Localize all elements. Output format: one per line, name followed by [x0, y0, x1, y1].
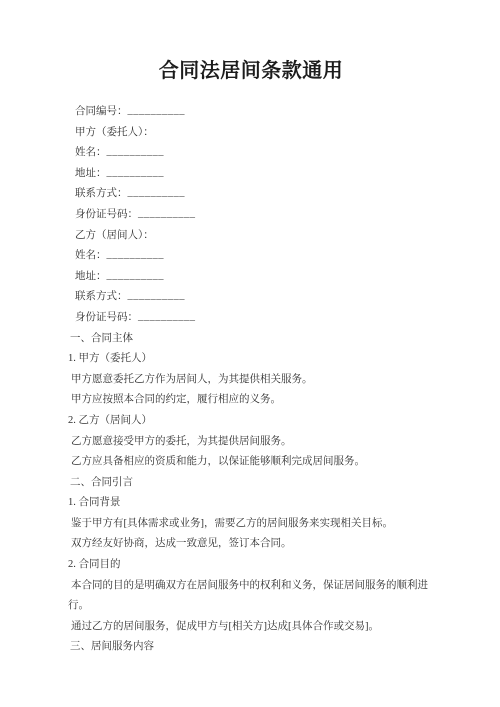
- blank-underline: __________: [107, 163, 165, 184]
- party-a-name-field: 姓名：__________: [68, 143, 434, 164]
- field-label: 合同编号：: [75, 106, 128, 117]
- blank-underline: __________: [128, 101, 186, 122]
- header-fields: 合同编号：__________ 甲方（委托人）： 姓名：__________ 地…: [68, 102, 434, 329]
- section-2-heading: 二、合同引言: [68, 473, 434, 494]
- clause-1-2-para-2: 乙方应具备相应的资质和能力，以保证能够顺利完成居间服务。: [68, 452, 434, 473]
- field-label: 联系方式：: [75, 291, 128, 302]
- clause-1-2-para-1: 乙方愿意接受甲方的委托，为其提供居间服务。: [68, 432, 434, 453]
- blank-underline: __________: [107, 142, 165, 163]
- clause-2-1-heading: 1. 合同背景: [68, 493, 434, 514]
- clause-2-1-para-1: 鉴于甲方有[具体需求或业务]，需要乙方的居间服务来实现相关目标。: [68, 514, 434, 535]
- field-label: 地址：: [75, 271, 107, 282]
- field-label: 乙方（居间人）：: [75, 230, 154, 241]
- clause-2-1-para-2: 双方经友好协商，达成一致意见，签订本合同。: [68, 534, 434, 555]
- section-1-heading: 一、合同主体: [68, 329, 434, 350]
- blank-underline: __________: [138, 307, 196, 328]
- party-b-name-field: 姓名：__________: [68, 246, 434, 267]
- blank-underline: __________: [107, 245, 165, 266]
- party-a-address-field: 地址：__________: [68, 164, 434, 185]
- clause-2-2-heading: 2. 合同目的: [68, 555, 434, 576]
- party-a-heading: 甲方（委托人）：: [68, 123, 434, 144]
- party-b-heading: 乙方（居间人）：: [68, 226, 434, 247]
- clause-2-2-para-2: 通过乙方的居间服务，促成甲方与[相关方]达成[具体合作或交易]。: [68, 617, 434, 638]
- contract-number-field: 合同编号：__________: [68, 102, 434, 123]
- field-label: 姓名：: [75, 250, 107, 261]
- section-3-heading: 三、居间服务内容: [68, 637, 434, 658]
- clause-1-1-heading: 1. 甲方（委托人）: [68, 349, 434, 370]
- blank-underline: __________: [138, 204, 196, 225]
- clause-1-2-heading: 2. 乙方（居间人）: [68, 411, 434, 432]
- party-b-address-field: 地址：__________: [68, 267, 434, 288]
- field-label: 身份证号码：: [75, 312, 138, 323]
- contract-body: 一、合同主体 1. 甲方（委托人） 甲方愿意委托乙方作为居间人，为其提供相关服务…: [68, 329, 434, 659]
- blank-underline: __________: [107, 266, 165, 287]
- blank-underline: __________: [128, 183, 186, 204]
- document-page: 合同法居间条款通用 合同编号：__________ 甲方（委托人）： 姓名：__…: [0, 0, 500, 707]
- party-b-id-field: 身份证号码：__________: [68, 308, 434, 329]
- field-label: 地址：: [75, 168, 107, 179]
- field-label: 联系方式：: [75, 188, 128, 199]
- field-label: 甲方（委托人）：: [75, 127, 154, 138]
- party-a-contact-field: 联系方式：__________: [68, 184, 434, 205]
- party-b-contact-field: 联系方式：__________: [68, 287, 434, 308]
- field-label: 身份证号码：: [75, 209, 138, 220]
- document-title: 合同法居间条款通用: [68, 56, 434, 86]
- clause-1-1-para-2: 甲方应按照本合同的约定，履行相应的义务。: [68, 390, 434, 411]
- blank-underline: __________: [128, 286, 186, 307]
- party-a-id-field: 身份证号码：__________: [68, 205, 434, 226]
- field-label: 姓名：: [75, 147, 107, 158]
- clause-2-2-para-1: 本合同的目的是明确双方在居间服务中的权利和义务，保证居间服务的顺利进行。: [68, 576, 434, 617]
- clause-1-1-para-1: 甲方愿意委托乙方作为居间人，为其提供相关服务。: [68, 370, 434, 391]
